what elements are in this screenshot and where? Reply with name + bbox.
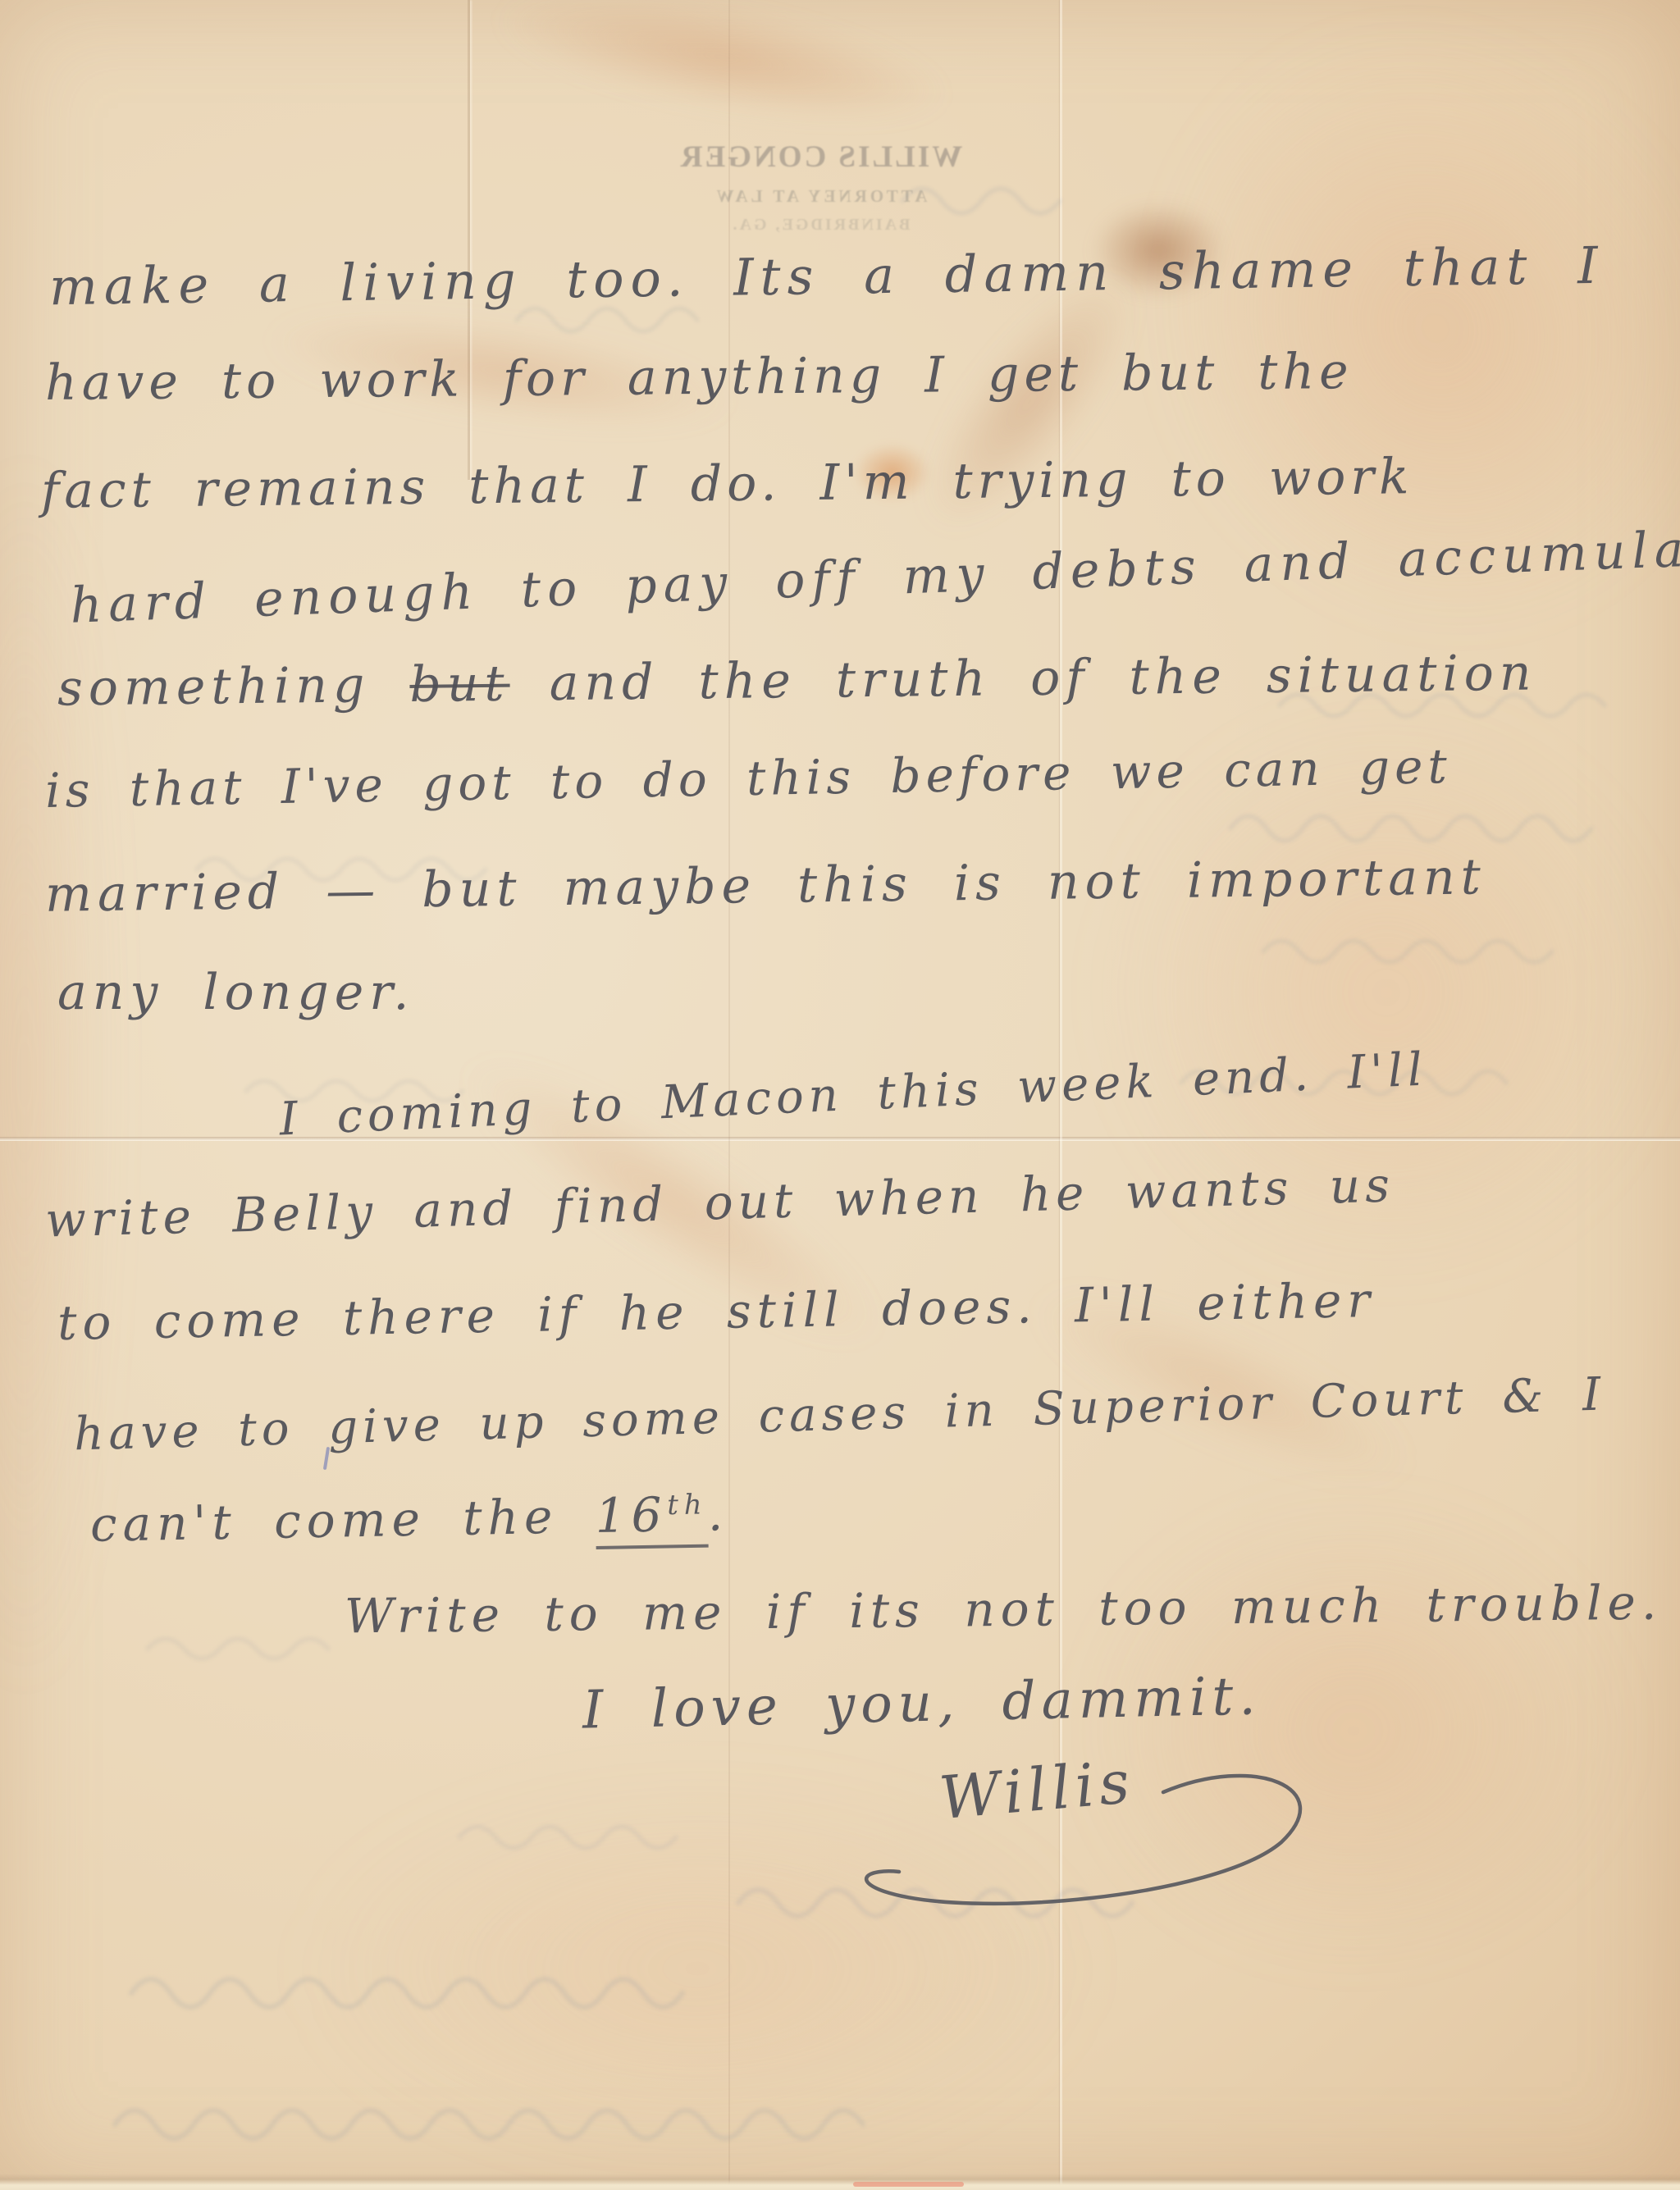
letter-line: any longer. <box>57 964 414 1021</box>
scan-edge-pink-dash <box>853 2182 964 2187</box>
letterhead-title: ATTORNEY AT LAW <box>664 186 976 207</box>
scan-edge-bottom <box>0 2174 1680 2190</box>
letter-line: have to work for anything I get but the <box>45 343 1354 412</box>
underlined-date: 16th <box>595 1486 708 1549</box>
letterhead-ghost: WILLIS CONGER ATTORNEY AT LAW BAINBRIDGE… <box>664 139 976 235</box>
letter-line: can't come the 16th. <box>89 1485 728 1553</box>
scanned-letter-page: { "colors": { "paper": "#ecdabd", "stain… <box>0 0 1680 2190</box>
letterhead-name: WILLIS CONGER <box>664 139 976 175</box>
letterhead-city: BAINBRIDGE, GA. <box>664 216 976 235</box>
strikethrough-word: but <box>409 655 510 714</box>
